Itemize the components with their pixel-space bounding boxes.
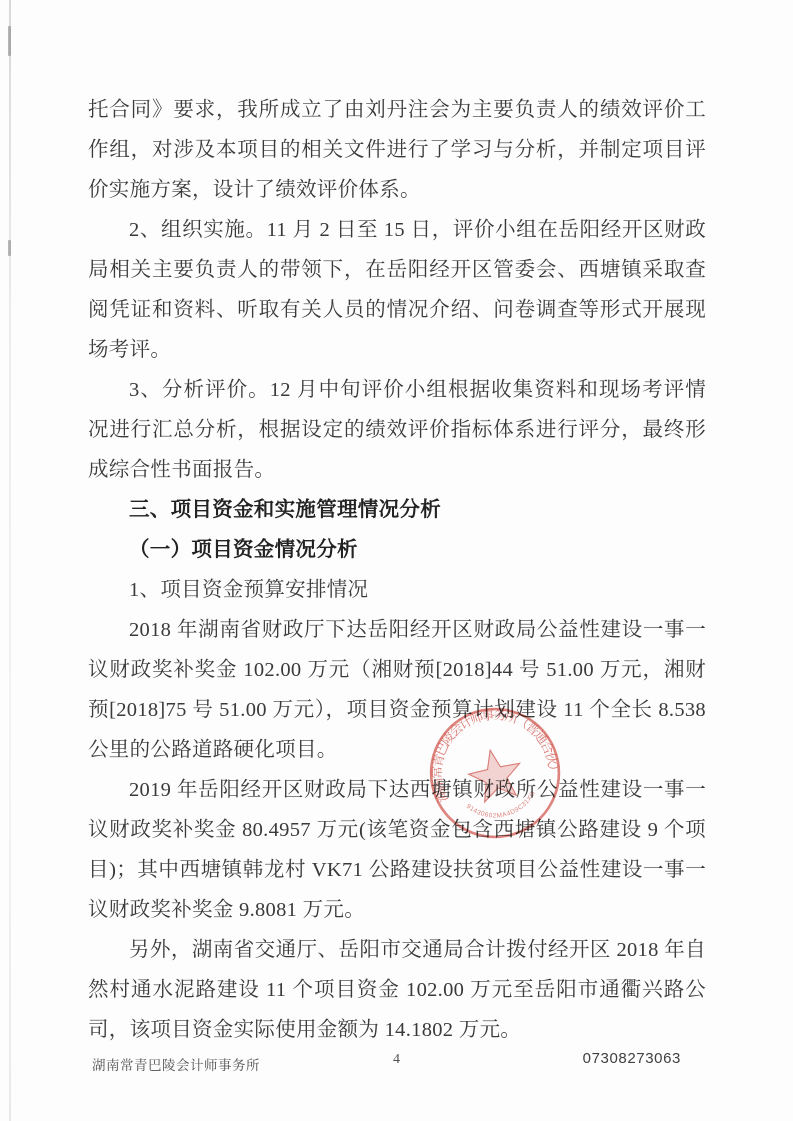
section-heading: 三、项目资金和实施管理情况分析 <box>88 490 706 530</box>
footer-code: 07308273063 <box>583 1050 681 1067</box>
page-footer: 湖南常青巴陵会计师事务所 4 07308273063 <box>0 1048 793 1080</box>
document-page: 托合同》要求，我所成立了由刘丹注会为主要负责人的绩效评价工作组，对涉及本项目的相… <box>0 0 793 1121</box>
paragraph: 2019 年岳阳经开区财政局下达西塘镇财政所公益性建设一事一议财政奖补奖金 80… <box>88 770 706 930</box>
paragraph: 另外，湖南省交通厅、岳阳市交通局合计拨付经开区 2018 年自然村通水泥路建设 … <box>88 930 706 1050</box>
scan-edge-mark <box>8 240 11 256</box>
document-body: 托合同》要求，我所成立了由刘丹注会为主要负责人的绩效评价工作组，对涉及本项目的相… <box>88 90 706 1050</box>
paragraph: 2018 年湖南省财政厅下达岳阳经开区财政局公益性建设一事一议财政奖补奖金 10… <box>88 610 706 770</box>
subsection-heading: （一）项目资金情况分析 <box>88 530 706 570</box>
paragraph-continuation: 托合同》要求，我所成立了由刘丹注会为主要负责人的绩效评价工作组，对涉及本项目的相… <box>88 90 706 210</box>
paragraph: 2、组织实施。11 月 2 日至 15 日，评价小组在岳阳经开区财政局相关主要负… <box>88 210 706 370</box>
scan-edge-artifact <box>9 0 11 1121</box>
scan-edge-mark <box>8 26 11 56</box>
paragraph: 3、分析评价。12 月中旬评价小组根据收集资料和现场考评情况进行汇总分析，根据设… <box>88 370 706 490</box>
list-heading: 1、项目资金预算安排情况 <box>88 570 706 610</box>
